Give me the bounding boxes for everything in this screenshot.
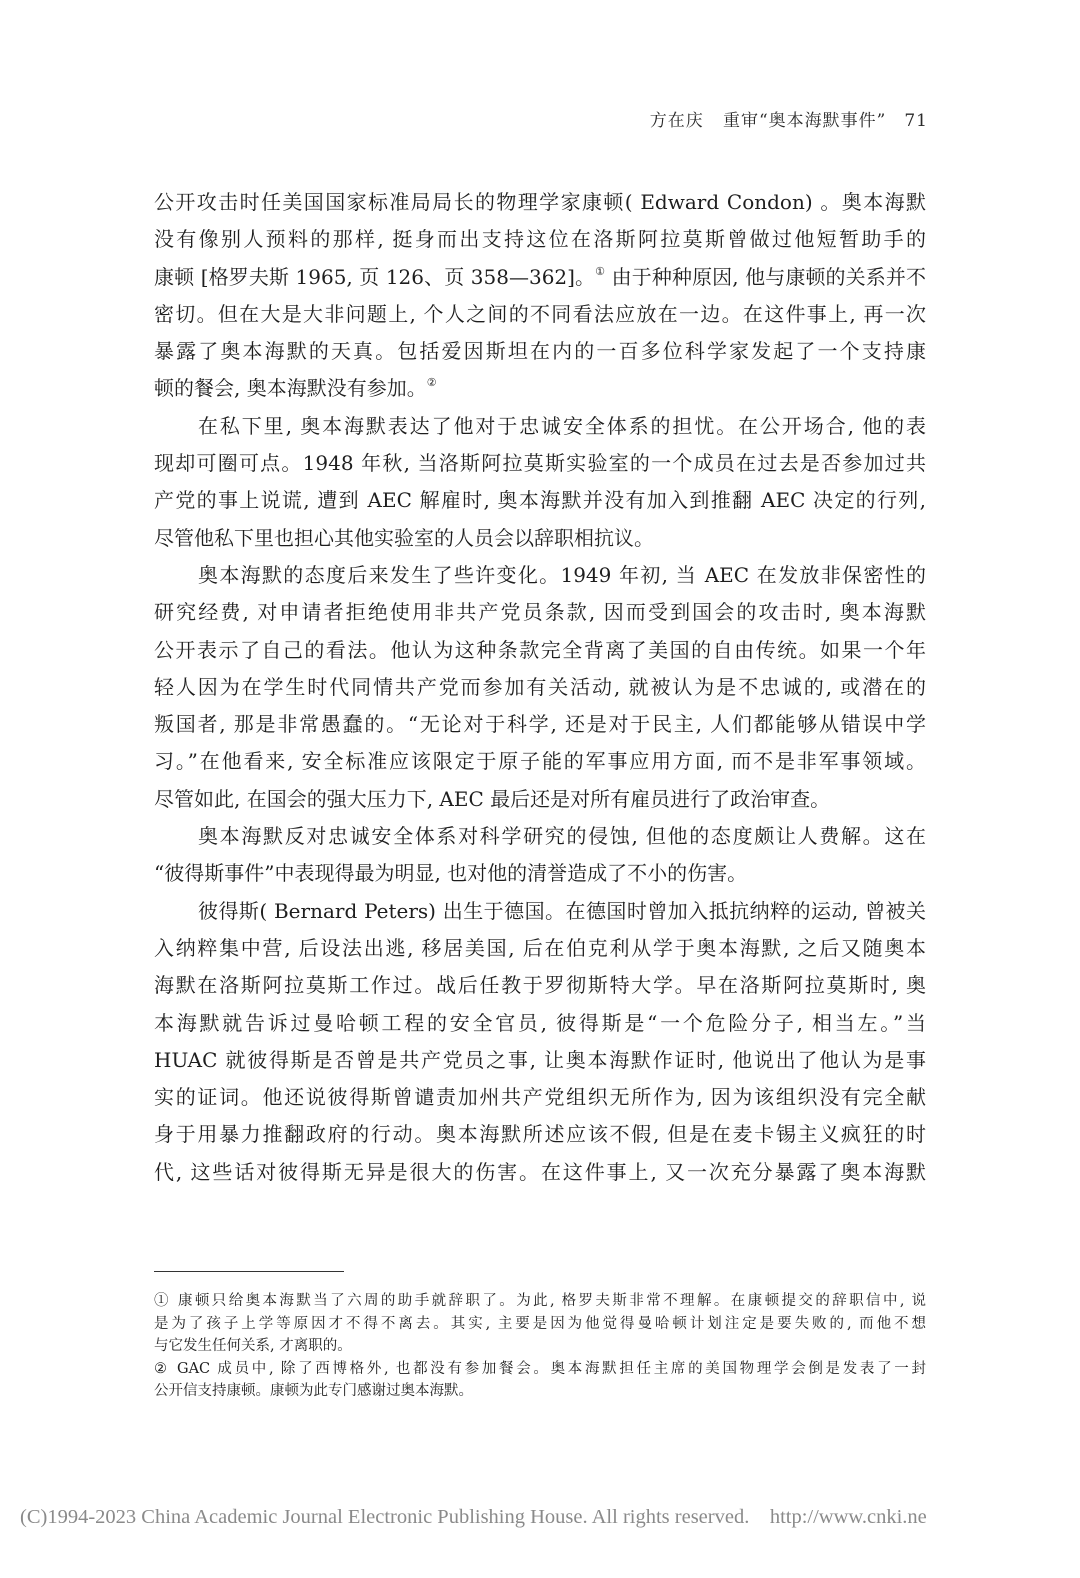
- text-line: 顿的餐会, 奥本海默没有参加。②: [154, 370, 926, 407]
- footnote-line: 是为了孩子上学等原因才不得不离去。其实, 主要是因为他觉得曼哈顿计划注定是要失败…: [154, 1313, 926, 1336]
- footnote-marker: ①: [154, 1293, 171, 1309]
- text-line: 尽管他私下里也担心其他实验室的人员会以辞职相抗议。: [154, 520, 926, 557]
- text-line: 研究经费, 对申请者拒绝使用非共产党员条款, 因而受到国会的攻击时, 奥本海默: [154, 594, 926, 631]
- text-line: 奥本海默反对忠诚安全体系对科学研究的侵蚀, 但他的态度颇让人费解。这在: [154, 818, 926, 855]
- text-line: 暴露了奥本海默的天真。包括爱因斯坦在内的一百多位科学家发起了一个支持康: [154, 333, 926, 370]
- body-text: 公开攻击时任美国国家标准局局长的物理学家康顿( Edward Condon) 。…: [154, 184, 926, 1191]
- text-line: 尽管如此, 在国会的强大压力下, AEC 最后还是对所有雇员进行了政治审查。: [154, 781, 926, 818]
- text-line: 叛国者, 那是非常愚蠢的。“无论对于科学, 还是对于民主, 人们都能够从错误中学: [154, 706, 926, 743]
- text-line: 奥本海默的态度后来发生了些许变化。1949 年初, 当 AEC 在发放非保密性的: [154, 557, 926, 594]
- text-line: 产党的事上说谎, 遭到 AEC 解雇时, 奥本海默并没有加入到推翻 AEC 决定…: [154, 482, 926, 519]
- text-line: 在私下里, 奥本海默表达了他对于忠诚安全体系的担忧。在公开场合, 他的表: [154, 408, 926, 445]
- text-line: 代, 这些话对彼得斯无异是很大的伤害。在这件事上, 又一次充分暴露了奥本海默: [154, 1154, 926, 1191]
- copyright-footer: (C)1994-2023 China Academic Journal Elec…: [20, 1506, 927, 1529]
- footnotes: ① 康顿只给奥本海默当了六周的助手就辞职了。为此, 格罗夫斯非常不理解。在康顿提…: [154, 1290, 926, 1403]
- text-line: 入纳粹集中营, 后设法出逃, 移居美国, 后在伯克利从学于奥本海默, 之后又随奥…: [154, 930, 926, 967]
- footnote-line: ② GAC 成员中, 除了西博格外, 也都没有参加餐会。奥本海默担任主席的美国物…: [154, 1358, 926, 1381]
- text-line: 习。”在他看来, 安全标准应该限定于原子能的军事应用方面, 而不是非军事领域。: [154, 743, 926, 780]
- footnote-1: ① 康顿只给奥本海默当了六周的助手就辞职了。为此, 格罗夫斯非常不理解。在康顿提…: [154, 1290, 926, 1358]
- footnote-line: ① 康顿只给奥本海默当了六周的助手就辞职了。为此, 格罗夫斯非常不理解。在康顿提…: [154, 1290, 926, 1313]
- footnote-marker: ②: [154, 1361, 170, 1377]
- paragraph-5: 彼得斯( Bernard Peters) 出生于德国。在德国时曾加入抵抗纳粹的运…: [154, 893, 926, 1191]
- footnote-ref-1[interactable]: ①: [595, 265, 605, 278]
- copyright-text: (C)1994-2023 China Academic Journal Elec…: [20, 1506, 749, 1528]
- footnote-divider: [154, 1271, 344, 1272]
- paragraph-4: 奥本海默反对忠诚安全体系对科学研究的侵蚀, 但他的态度颇让人费解。这在 “彼得斯…: [154, 818, 926, 893]
- paragraph-1: 公开攻击时任美国国家标准局局长的物理学家康顿( Edward Condon) 。…: [154, 184, 926, 408]
- text-line: 公开表示了自己的看法。他认为这种条款完全背离了美国的自由传统。如果一个年: [154, 632, 926, 669]
- header-author: 方在庆: [650, 111, 704, 131]
- text-line: 密切。但在大是大非问题上, 个人之间的不同看法应放在一边。在这件事上, 再一次: [154, 296, 926, 333]
- footnote-ref-2[interactable]: ②: [427, 376, 437, 389]
- paragraph-2: 在私下里, 奥本海默表达了他对于忠诚安全体系的担忧。在公开场合, 他的表 现却可…: [154, 408, 926, 557]
- text-line: 实的证词。他还说彼得斯曾谴责加州共产党组织无所作为, 因为该组织没有完全献: [154, 1079, 926, 1116]
- page-number: 71: [904, 111, 928, 131]
- footnote-2: ② GAC 成员中, 除了西博格外, 也都没有参加餐会。奥本海默担任主席的美国物…: [154, 1358, 926, 1403]
- footnote-line: 公开信支持康顿。康顿为此专门感谢过奥本海默。: [154, 1380, 926, 1403]
- text-line: HUAC 就彼得斯是否曾是共产党员之事, 让奥本海默作证时, 他说出了他认为是事: [154, 1042, 926, 1079]
- text-line: 轻人因为在学生时代同情共产党而参加有关活动, 就被认为是不忠诚的, 或潜在的: [154, 669, 926, 706]
- text-line: 康顿 [格罗夫斯 1965, 页 126、页 358—362]。① 由于种种原因…: [154, 259, 926, 296]
- text-line: 公开攻击时任美国国家标准局局长的物理学家康顿( Edward Condon) 。…: [154, 184, 926, 221]
- paragraph-3: 奥本海默的态度后来发生了些许变化。1949 年初, 当 AEC 在发放非保密性的…: [154, 557, 926, 818]
- text-line: 身于用暴力推翻政府的行动。奥本海默所述应该不假, 但是在麦卡锡主义疯狂的时: [154, 1116, 926, 1153]
- footnote-line: 与它发生任何关系, 才离职的。: [154, 1335, 926, 1358]
- text-line: 海默在洛斯阿拉莫斯工作过。战后任教于罗彻斯特大学。早在洛斯阿拉莫斯时, 奥: [154, 967, 926, 1004]
- text-line: 彼得斯( Bernard Peters) 出生于德国。在德国时曾加入抵抗纳粹的运…: [154, 893, 926, 930]
- text-line: 本海默就告诉过曼哈顿工程的安全官员, 彼得斯是“一个危险分子, 相当左。”当: [154, 1005, 926, 1042]
- text-line: “彼得斯事件”中表现得最为明显, 也对他的清誉造成了不小的伤害。: [154, 855, 926, 892]
- running-header: 方在庆 重审“奥本海默事件”71: [650, 106, 928, 131]
- text-line: 没有像别人预料的那样, 挺身而出支持这位在洛斯阿拉莫斯曾做过他短暂助手的: [154, 221, 926, 258]
- header-title: 重审“奥本海默事件”: [723, 111, 886, 131]
- text-line: 现却可圈可点。1948 年秋, 当洛斯阿拉莫斯实验室的一个成员在过去是否参加过共: [154, 445, 926, 482]
- cnki-link[interactable]: http://www.cnki.ne: [770, 1506, 927, 1528]
